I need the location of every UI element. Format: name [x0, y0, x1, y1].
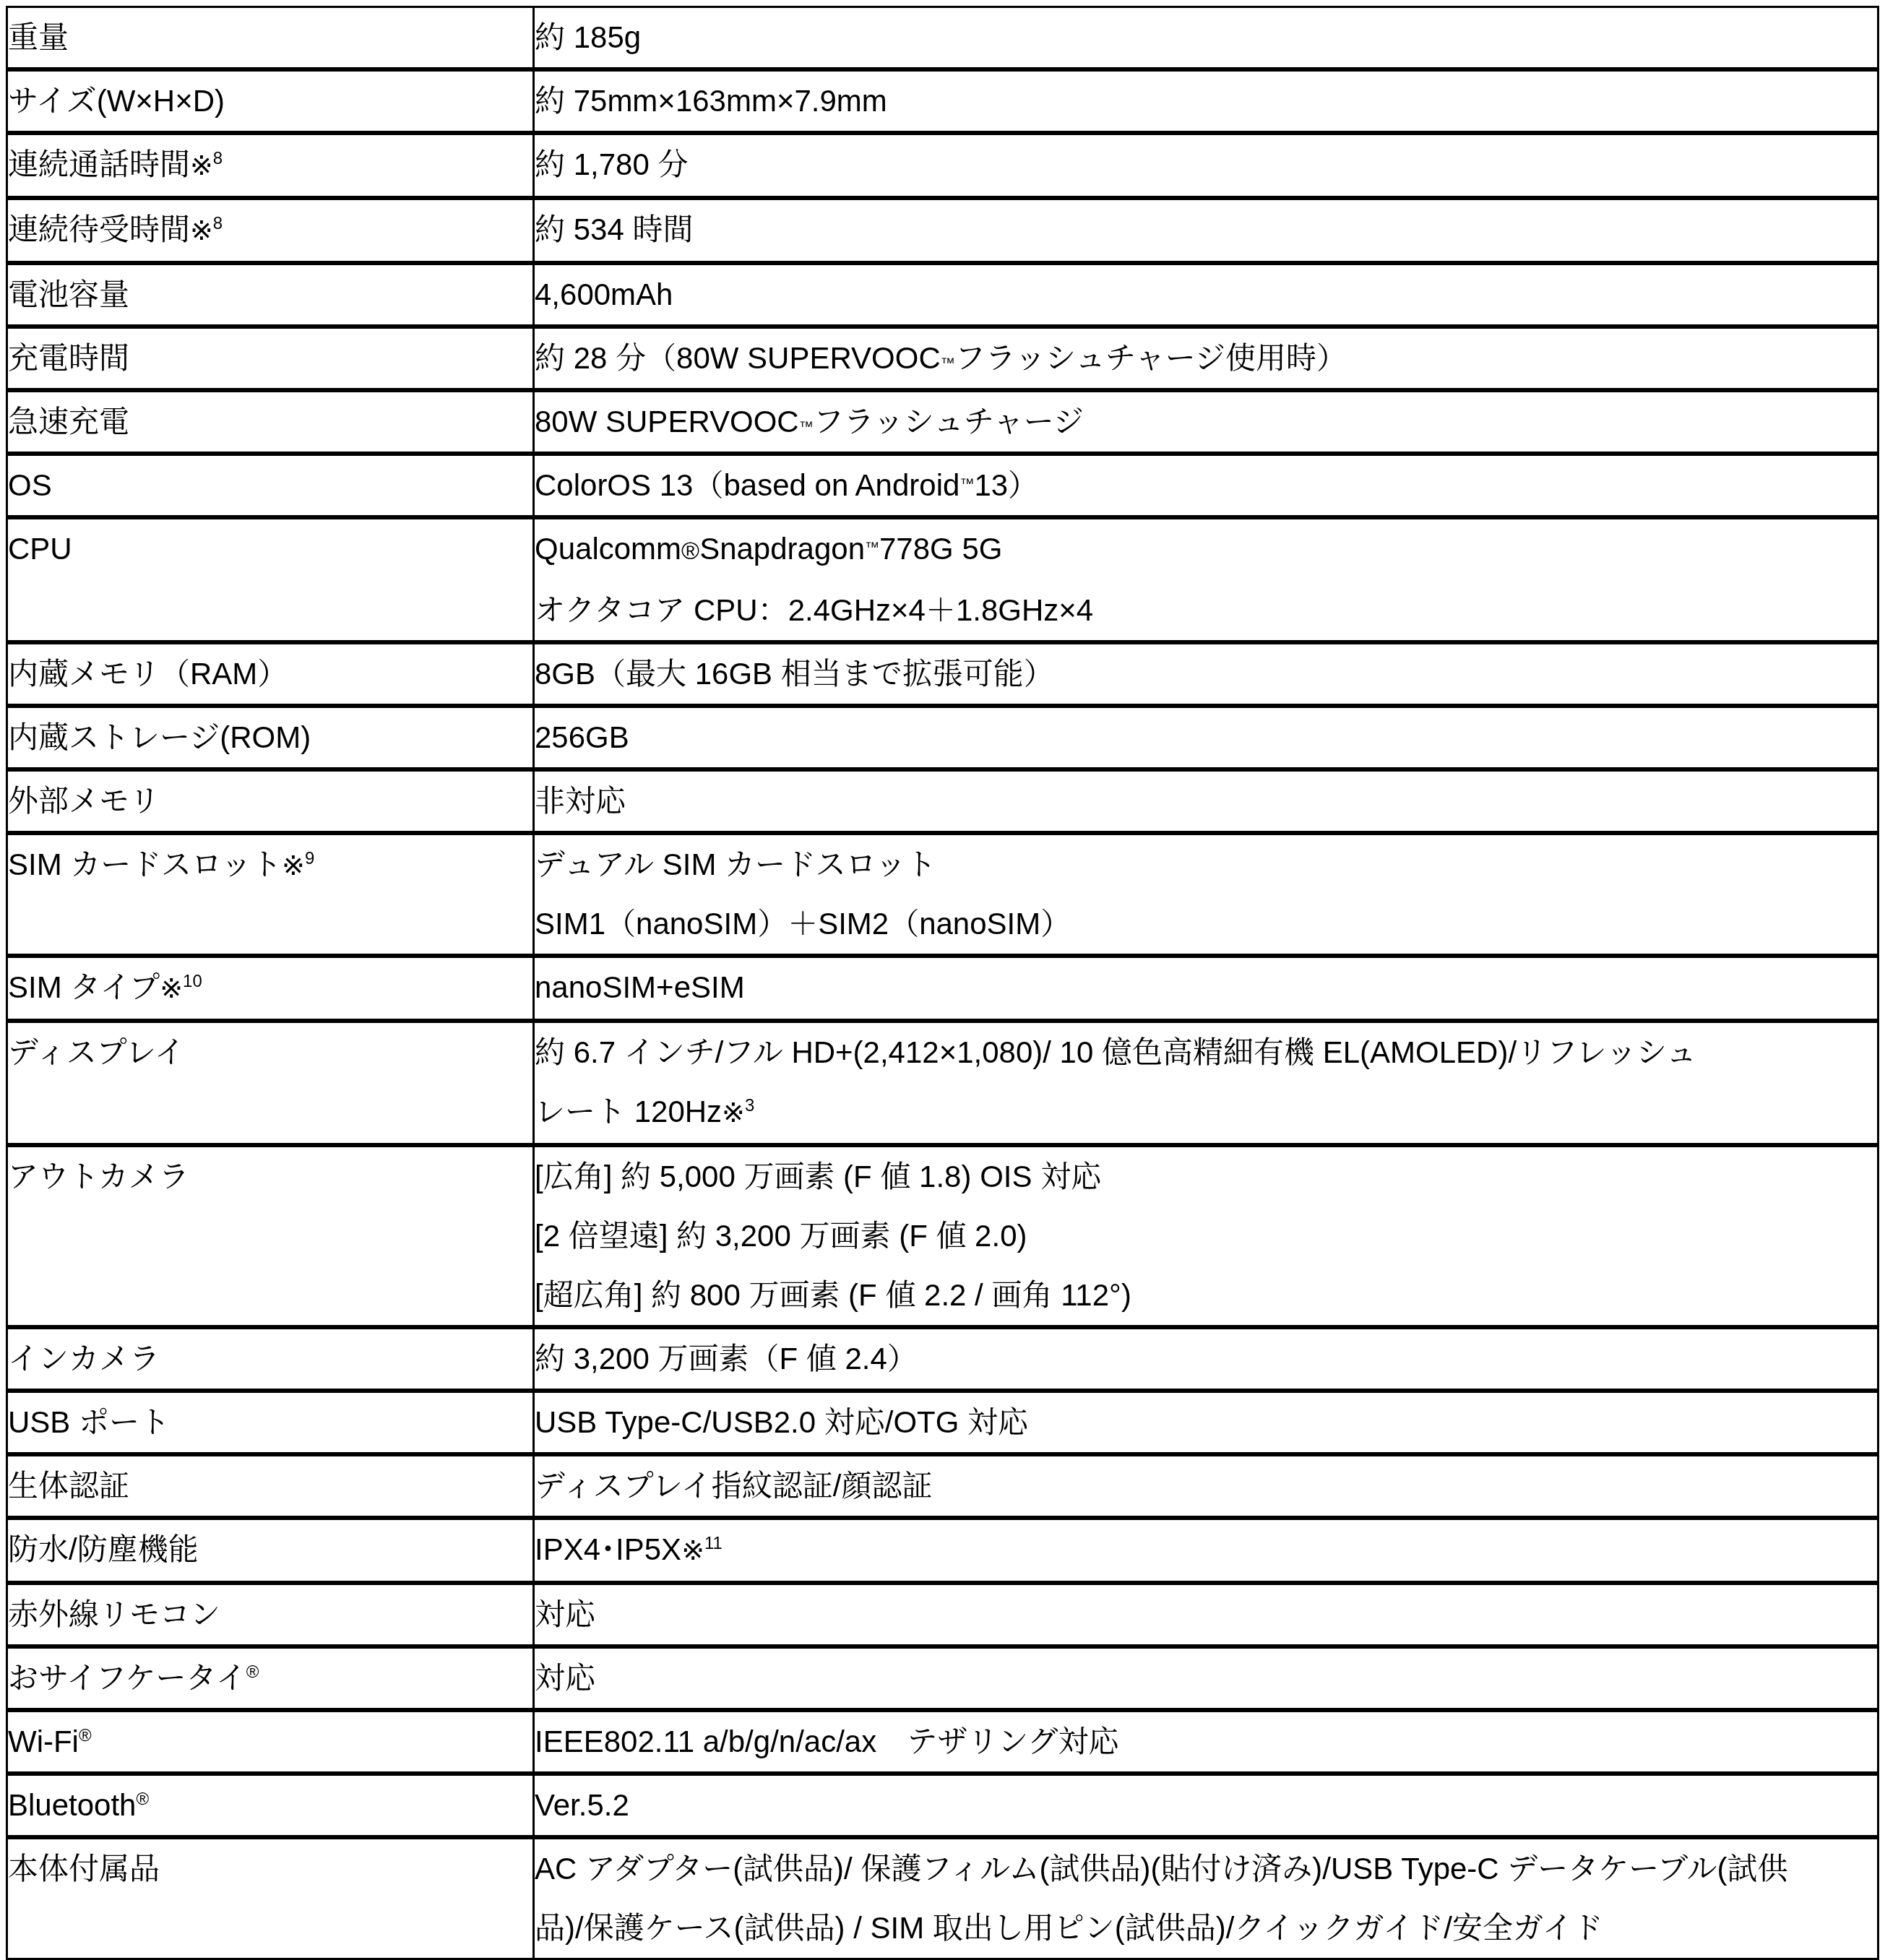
spec-value-line: IEEE802.11 a/b/g/n/ac/ax テザリング対応 — [535, 1712, 1877, 1771]
spec-value-line: 対応 — [535, 1585, 1877, 1644]
spec-value-line: [超広角] 約 800 万画素 (F 値 2.2 / 画角 112°) — [535, 1266, 1877, 1325]
spec-name-cell: 内蔵メモリ（RAM） — [7, 642, 534, 706]
spec-name-cell: USB ポート — [7, 1391, 534, 1454]
spec-value-line: AC アダプター(試供品)/ 保護フィルム(試供品)(貼付け済み)/USB Ty… — [535, 1839, 1877, 1899]
spec-value-cell: 非対応 — [534, 769, 1878, 833]
spec-value-cell: ColorOS 13（based on Android™13） — [534, 454, 1878, 517]
spec-value-cell: 約 1,780 分 — [534, 133, 1878, 198]
spec-name-text: Wi-Fi® — [8, 1712, 532, 1771]
note-reference-number: 3 — [745, 1096, 754, 1115]
spec-name-cell: 連続通話時間※8 — [7, 133, 534, 198]
spec-name-cell: インカメラ — [7, 1327, 534, 1391]
spec-name-text: 内蔵メモリ（RAM） — [8, 644, 532, 704]
spec-row: おサイフケータイ®対応 — [7, 1646, 1878, 1710]
spec-value-line: 約 1,780 分 — [535, 135, 1877, 194]
spec-value-line: オクタコア CPU：2.4GHz×4＋1.8GHz×4 — [535, 581, 1877, 640]
spec-value-cell: 対応 — [534, 1583, 1878, 1646]
spec-name-cell: 連続待受時間※8 — [7, 198, 534, 263]
spec-name-text: ディスプレイ — [8, 1023, 532, 1082]
spec-row: 生体認証ディスプレイ指紋認証/顔認証 — [7, 1454, 1878, 1518]
note-reference-mark: ※ — [681, 1536, 704, 1566]
spec-row: USB ポートUSB Type-C/USB2.0 対応/OTG 対応 — [7, 1391, 1878, 1454]
spec-name-cell: 赤外線リモコン — [7, 1583, 534, 1646]
spec-value-cell: 約 28 分（80W SUPERVOOC™フラッシュチャージ使用時） — [534, 327, 1878, 390]
registered-trademark-symbol: ® — [246, 1662, 259, 1682]
spec-value-line: 80W SUPERVOOC™フラッシュチャージ — [535, 392, 1877, 452]
spec-row: Bluetooth®Ver.5.2 — [7, 1774, 1878, 1837]
spec-name-text: Bluetooth® — [8, 1776, 532, 1835]
spec-name-cell: 外部メモリ — [7, 769, 534, 833]
spec-name-text: 防水/防塵機能 — [8, 1520, 532, 1579]
spec-value-line: 対応 — [535, 1649, 1877, 1708]
spec-value-cell: 256GB — [534, 706, 1878, 769]
spec-value-cell: nanoSIM+eSIM — [534, 956, 1878, 1021]
spec-row: 内蔵ストレージ(ROM)256GB — [7, 706, 1878, 769]
note-reference-number: 11 — [704, 1534, 722, 1553]
spec-row: 内蔵メモリ（RAM）8GB（最大 16GB 相当まで拡張可能） — [7, 642, 1878, 706]
spec-row: 電池容量4,600mAh — [7, 263, 1878, 327]
spec-name-text: 充電時間 — [8, 329, 532, 388]
spec-value-line: nanoSIM+eSIM — [535, 958, 1877, 1017]
spec-row: 重量約 185g — [7, 7, 1878, 70]
spec-row: 急速充電80W SUPERVOOC™フラッシュチャージ — [7, 390, 1878, 454]
note-reference-mark: ※ — [160, 974, 183, 1004]
spec-value-line: IPX4･IP5X※11 — [535, 1520, 1877, 1581]
spec-value-cell: USB Type-C/USB2.0 対応/OTG 対応 — [534, 1391, 1878, 1454]
spec-name-text: 急速充電 — [8, 392, 532, 452]
spec-value-line: 品)/保護ケース(試供品) / SIM 取出し用ピン(試供品)/クイックガイド/… — [535, 1899, 1877, 1958]
spec-value-cell: 約 534 時間 — [534, 198, 1878, 263]
note-reference-number: 8 — [213, 149, 223, 168]
spec-value-line: [2 倍望遠] 約 3,200 万画素 (F 値 2.0) — [535, 1206, 1877, 1266]
spec-value-cell: AC アダプター(試供品)/ 保護フィルム(試供品)(貼付け済み)/USB Ty… — [534, 1837, 1878, 1959]
note-reference-number: 9 — [305, 849, 314, 868]
registered-trademark-symbol: ® — [681, 538, 699, 565]
spec-value-cell: 4,600mAh — [534, 263, 1878, 327]
spec-value-line: 約 28 分（80W SUPERVOOC™フラッシュチャージ使用時） — [535, 329, 1877, 388]
spec-name-text: SIM カードスロット※9 — [8, 835, 532, 896]
spec-value-cell: ディスプレイ指紋認証/顔認証 — [534, 1454, 1878, 1518]
spec-name-text: アウトカメラ — [8, 1147, 532, 1206]
spec-name-cell: サイズ(W×H×D) — [7, 69, 534, 133]
spec-value-line: 4,600mAh — [535, 265, 1877, 324]
spec-name-cell: ディスプレイ — [7, 1021, 534, 1145]
spec-value-line: ColorOS 13（based on Android™13） — [535, 456, 1877, 515]
spec-name-cell: Bluetooth® — [7, 1774, 534, 1837]
spec-name-text: 電池容量 — [8, 265, 532, 324]
spec-value-line: 約 75mm×163mm×7.9mm — [535, 72, 1877, 131]
spec-value-line: USB Type-C/USB2.0 対応/OTG 対応 — [535, 1393, 1877, 1452]
registered-trademark-symbol: ® — [136, 1790, 149, 1809]
spec-value-cell: IEEE802.11 a/b/g/n/ac/ax テザリング対応 — [534, 1710, 1878, 1774]
trademark-symbol: ™ — [865, 540, 879, 556]
spec-name-cell: 生体認証 — [7, 1454, 534, 1518]
spec-value-cell: 約 6.7 インチ/フル HD+(2,412×1,080)/ 10 億色高精細有… — [534, 1021, 1878, 1145]
spec-row: 外部メモリ非対応 — [7, 769, 1878, 833]
spec-value-cell: IPX4･IP5X※11 — [534, 1518, 1878, 1583]
spec-value-line: SIM1（nanoSIM）＋SIM2（nanoSIM） — [535, 894, 1877, 954]
spec-value-line: [広角] 約 5,000 万画素 (F 値 1.8) OIS 対応 — [535, 1147, 1877, 1206]
spec-name-cell: SIM カードスロット※9 — [7, 833, 534, 956]
spec-name-cell: アウトカメラ — [7, 1145, 534, 1327]
spec-row: 充電時間約 28 分（80W SUPERVOOC™フラッシュチャージ使用時） — [7, 327, 1878, 390]
spec-row: OSColorOS 13（based on Android™13） — [7, 454, 1878, 517]
spec-value-cell: 8GB（最大 16GB 相当まで拡張可能） — [534, 642, 1878, 706]
spec-name-text: おサイフケータイ® — [8, 1649, 532, 1708]
spec-name-text: サイズ(W×H×D) — [8, 72, 532, 131]
spec-value-cell: 約 75mm×163mm×7.9mm — [534, 69, 1878, 133]
spec-value-cell: [広角] 約 5,000 万画素 (F 値 1.8) OIS 対応[2 倍望遠]… — [534, 1145, 1878, 1327]
spec-row: 連続待受時間※8約 534 時間 — [7, 198, 1878, 263]
trademark-symbol: ™ — [799, 419, 814, 435]
spec-name-text: 連続通話時間※8 — [8, 135, 532, 196]
spec-name-cell: 電池容量 — [7, 263, 534, 327]
spec-row: サイズ(W×H×D)約 75mm×163mm×7.9mm — [7, 69, 1878, 133]
spec-value-line: 約 6.7 インチ/フル HD+(2,412×1,080)/ 10 億色高精細有… — [535, 1023, 1877, 1082]
spec-name-cell: 防水/防塵機能 — [7, 1518, 534, 1583]
spec-value-cell: 80W SUPERVOOC™フラッシュチャージ — [534, 390, 1878, 454]
spec-value-line: 非対応 — [535, 772, 1877, 831]
spec-value-cell: デュアル SIM カードスロットSIM1（nanoSIM）＋SIM2（nanoS… — [534, 833, 1878, 956]
spec-table-body: 重量約 185gサイズ(W×H×D)約 75mm×163mm×7.9mm連続通話… — [7, 7, 1878, 1959]
note-reference-mark: ※ — [282, 851, 305, 881]
spec-name-cell: 重量 — [7, 7, 534, 70]
spec-name-text: CPU — [8, 519, 532, 579]
note-reference-number: 8 — [213, 214, 223, 233]
spec-name-text: USB ポート — [8, 1393, 532, 1452]
spec-name-text: 外部メモリ — [8, 772, 532, 831]
spec-row: 連続通話時間※8約 1,780 分 — [7, 133, 1878, 198]
spec-row: Wi-Fi®IEEE802.11 a/b/g/n/ac/ax テザリング対応 — [7, 1710, 1878, 1774]
spec-name-text: OS — [8, 456, 532, 515]
spec-name-text: 赤外線リモコン — [8, 1585, 532, 1644]
spec-name-cell: 内蔵ストレージ(ROM) — [7, 706, 534, 769]
spec-name-text: 生体認証 — [8, 1456, 532, 1516]
spec-name-text: インカメラ — [8, 1329, 532, 1389]
spec-value-line: Ver.5.2 — [535, 1776, 1877, 1835]
spec-value-line: 約 534 時間 — [535, 200, 1877, 259]
spec-name-cell: 本体付属品 — [7, 1837, 534, 1959]
spec-name-cell: 急速充電 — [7, 390, 534, 454]
note-reference-mark: ※ — [190, 216, 213, 246]
spec-name-text: 本体付属品 — [8, 1839, 532, 1899]
spec-value-cell: 約 3,200 万画素（F 値 2.4） — [534, 1327, 1878, 1391]
spec-row: インカメラ約 3,200 万画素（F 値 2.4） — [7, 1327, 1878, 1391]
spec-value-cell: Ver.5.2 — [534, 1774, 1878, 1837]
spec-row: アウトカメラ[広角] 約 5,000 万画素 (F 値 1.8) OIS 対応[… — [7, 1145, 1878, 1327]
spec-row: CPUQualcomm®Snapdragon™778G 5Gオクタコア CPU：… — [7, 517, 1878, 642]
spec-name-cell: 充電時間 — [7, 327, 534, 390]
spec-value-line: レート 120Hz※3 — [535, 1082, 1877, 1143]
spec-value-line: Qualcomm®Snapdragon™778G 5G — [535, 519, 1877, 581]
spec-name-text: 連続待受時間※8 — [8, 200, 532, 261]
note-reference-number: 10 — [183, 972, 202, 991]
spec-value-line: 約 185g — [535, 8, 1877, 67]
spec-row: SIM タイプ※10nanoSIM+eSIM — [7, 956, 1878, 1021]
spec-row: 防水/防塵機能IPX4･IP5X※11 — [7, 1518, 1878, 1583]
note-reference-mark: ※ — [722, 1098, 745, 1128]
spec-name-cell: OS — [7, 454, 534, 517]
spec-name-cell: SIM タイプ※10 — [7, 956, 534, 1021]
spec-name-cell: CPU — [7, 517, 534, 642]
spec-name-cell: Wi-Fi® — [7, 1710, 534, 1774]
spec-name-text: 重量 — [8, 8, 532, 67]
spec-value-cell: 約 185g — [534, 7, 1878, 70]
spec-value-line: 256GB — [535, 708, 1877, 767]
spec-name-text: SIM タイプ※10 — [8, 958, 532, 1019]
spec-value-line: 約 3,200 万画素（F 値 2.4） — [535, 1329, 1877, 1389]
spec-name-cell: おサイフケータイ® — [7, 1646, 534, 1710]
spec-row: ディスプレイ約 6.7 インチ/フル HD+(2,412×1,080)/ 10 … — [7, 1021, 1878, 1145]
spec-row: SIM カードスロット※9デュアル SIM カードスロットSIM1（nanoSI… — [7, 833, 1878, 956]
spec-row: 赤外線リモコン対応 — [7, 1583, 1878, 1646]
spec-value-line: 8GB（最大 16GB 相当まで拡張可能） — [535, 644, 1877, 704]
spec-value-line: デュアル SIM カードスロット — [535, 835, 1877, 894]
spec-value-line: ディスプレイ指紋認証/顔認証 — [535, 1456, 1877, 1516]
spec-sheet-page: 重量約 185gサイズ(W×H×D)約 75mm×163mm×7.9mm連続通話… — [0, 0, 1885, 1951]
registered-trademark-symbol: ® — [79, 1726, 92, 1745]
trademark-symbol: ™ — [959, 476, 974, 492]
spec-table: 重量約 185gサイズ(W×H×D)約 75mm×163mm×7.9mm連続通話… — [6, 6, 1879, 1960]
spec-name-text: 内蔵ストレージ(ROM) — [8, 708, 532, 767]
note-reference-mark: ※ — [190, 151, 213, 181]
spec-value-cell: 対応 — [534, 1646, 1878, 1710]
trademark-symbol: ™ — [941, 355, 955, 371]
spec-row: 本体付属品AC アダプター(試供品)/ 保護フィルム(試供品)(貼付け済み)/U… — [7, 1837, 1878, 1959]
spec-value-cell: Qualcomm®Snapdragon™778G 5Gオクタコア CPU：2.4… — [534, 517, 1878, 642]
